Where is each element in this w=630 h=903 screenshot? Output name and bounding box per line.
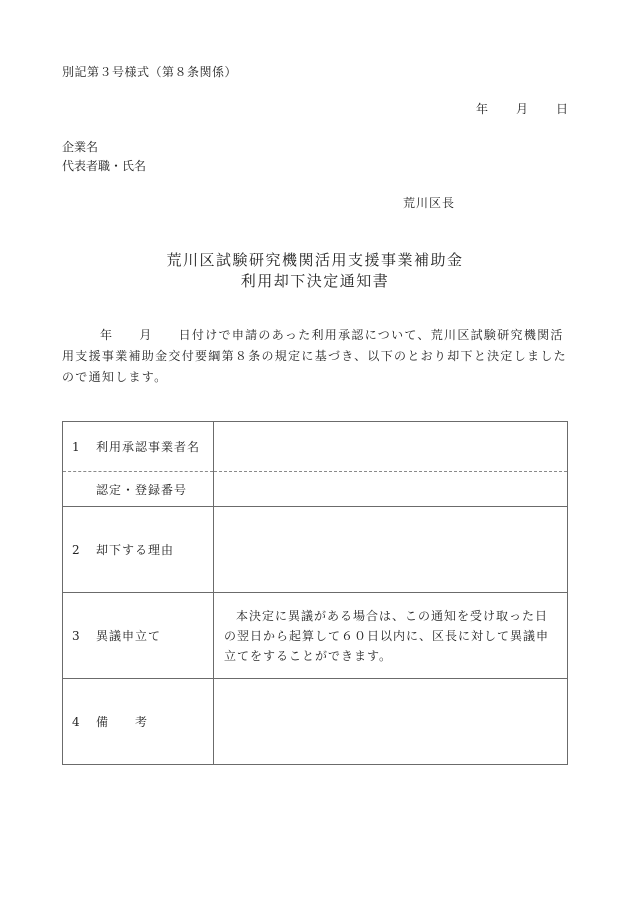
table-row: 1利用承認事業者名: [63, 422, 568, 472]
document-title-line2: 利用却下決定通知書: [0, 271, 630, 292]
objection-text: 本決定に異議がある場合は、この通知を受け取った日の翌日から起算して６０日以内に、…: [214, 606, 567, 666]
row-label: 3異議申立て: [63, 593, 214, 679]
row-label: 4備 考: [63, 679, 214, 765]
table-row: 認定・登録番号: [63, 472, 568, 507]
table-row: 2却下する理由: [63, 507, 568, 593]
table-row: 4備 考: [63, 679, 568, 765]
row-value: [214, 472, 568, 507]
date-day: 日: [556, 100, 568, 117]
table-row: 3異議申立て 本決定に異議がある場合は、この通知を受け取った日の翌日から起算して…: [63, 593, 568, 679]
notice-body: 年月日付けで申請のあった利用承認について、荒川区試験研究機関活用支援事業補助金交…: [62, 325, 572, 388]
company-name-label: 企業名: [62, 138, 146, 157]
row-value: 本決定に異議がある場合は、この通知を受け取った日の翌日から起算して６０日以内に、…: [214, 593, 568, 679]
document-title-line1: 荒川区試験研究機関活用支援事業補助金: [0, 250, 630, 271]
row-value: [214, 507, 568, 593]
row-value: [214, 422, 568, 472]
document-title: 荒川区試験研究機関活用支援事業補助金 利用却下決定通知書: [0, 250, 630, 292]
date-month: 月: [516, 100, 528, 117]
body-text: 日付けで申請のあった利用承認について、荒川区試験研究機関活用支援事業補助金交付要…: [62, 328, 567, 384]
row-label: 2却下する理由: [63, 507, 214, 593]
sender-title: 荒川区長: [403, 194, 455, 211]
date-year: 年: [476, 100, 488, 117]
representative-label: 代表者職・氏名: [62, 157, 146, 176]
row-value: [214, 679, 568, 765]
body-year: 年: [100, 328, 113, 342]
details-table: 1利用承認事業者名 認定・登録番号 2却下する理由 3異議申立て 本決定に異議が…: [62, 421, 568, 765]
row-label: 1利用承認事業者名: [63, 422, 214, 472]
recipient-block: 企業名 代表者職・氏名: [62, 138, 146, 176]
date-line: 年月日: [476, 100, 568, 117]
form-number-label: 別記第３号様式（第８条関係）: [62, 63, 237, 80]
body-month: 月: [139, 328, 152, 342]
row-label: 認定・登録番号: [63, 472, 214, 507]
